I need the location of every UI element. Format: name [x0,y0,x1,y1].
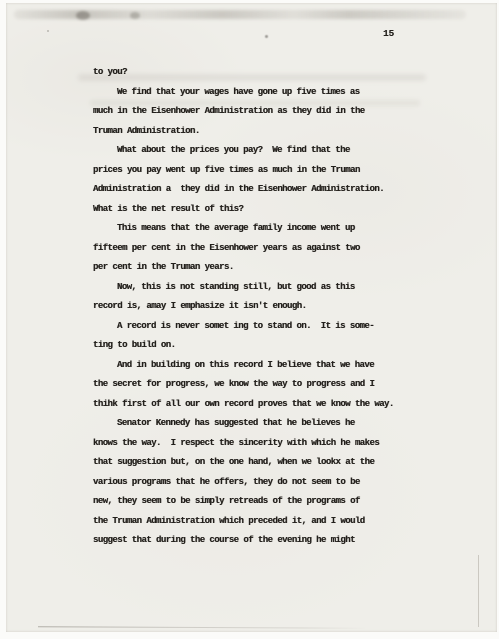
text-line: A record is never somet ing to stand on.… [93,317,423,337]
text-line: new, they seem to be simply retreads of … [93,492,423,512]
text-line: that suggestion but, on the one hand, wh… [93,453,423,473]
scan-smudge-spot [76,11,90,20]
text-line: What is the net result of this? [93,200,423,220]
text-line: ting to build on. [93,336,423,356]
scan-smudge-spot [130,12,140,19]
document-body: to you?We find that your wages have gone… [93,63,423,551]
text-line: knows the way. I respect the sincerity w… [93,434,423,454]
text-line: And in building on this record I believe… [93,356,423,376]
text-line: This means that the average family incom… [93,219,423,239]
text-line: What about the prices you pay? We find t… [93,141,423,161]
text-line: Senator Kennedy has suggested that he be… [93,414,423,434]
text-line: various programs that he offers, they do… [93,473,423,493]
scan-dot-artifact [265,35,268,38]
text-line: thihk first of all our own record proves… [93,395,423,415]
scan-dot-artifact [47,30,49,32]
text-line: Now, this is not standing still, but goo… [93,278,423,298]
text-line: much in the Eisenhower Administration as… [93,102,423,122]
text-line: to you? [93,63,423,83]
text-line: fifteem per cent in the Eisenhower years… [93,239,423,259]
text-line: We find that your wages have gone up fiv… [93,83,423,103]
text-line: the secret for progress, we know the way… [93,375,423,395]
scanned-document-screenshot: { "colors":{ "paper":"#efeee9", "frame":… [0,0,499,639]
text-line: suggest that during the course of the ev… [93,531,423,551]
text-line: record is, amay I emphasize it isn't eno… [93,297,423,317]
text-line: the Truman Administration which preceded… [93,512,423,532]
text-line: Truman Administration. [93,122,423,142]
text-line: Administration a they did in the Eisenho… [93,180,423,200]
page-number: 15 [383,28,394,39]
text-line: per cent in the Truman years. [93,258,423,278]
text-line: prices you pay went up five times as muc… [93,161,423,181]
scan-scratch-line [478,555,479,627]
